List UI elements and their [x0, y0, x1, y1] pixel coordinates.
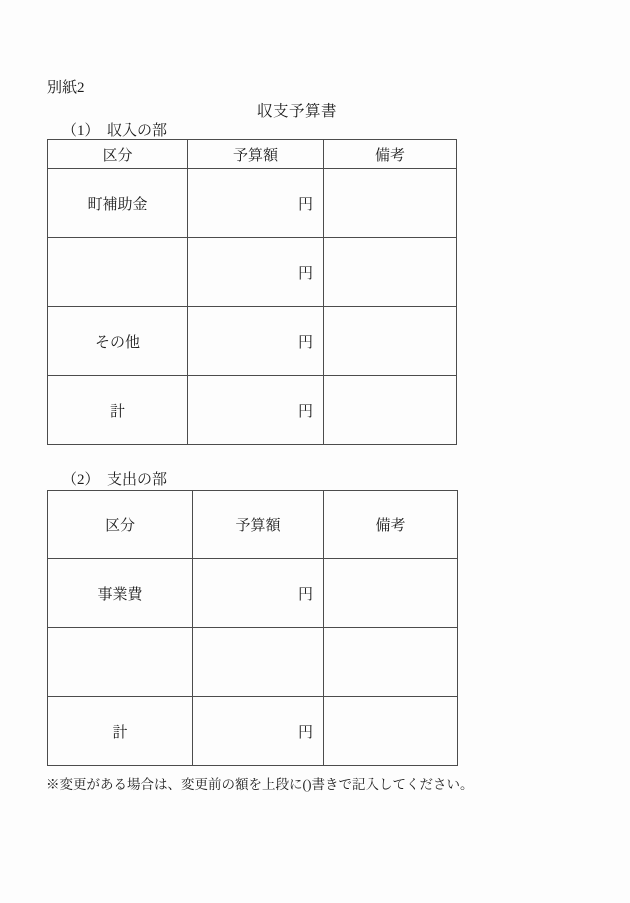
column-header-budget-amount: 予算額: [193, 491, 324, 559]
amount-cell: 円: [193, 559, 324, 628]
income-table-header-row: 区分 予算額 備考: [48, 140, 457, 169]
remarks-cell: [324, 697, 458, 766]
amount-cell: 円: [188, 376, 324, 445]
amount-cell: [193, 628, 324, 697]
table-row: 円: [48, 238, 457, 307]
remarks-cell: [324, 169, 457, 238]
amount-cell: 円: [188, 307, 324, 376]
table-row: 計 円: [48, 376, 457, 445]
table-row: [48, 628, 458, 697]
remarks-cell: [324, 628, 458, 697]
income-section-heading: （1） 収入の部: [62, 119, 167, 140]
table-row: 事業費 円: [48, 559, 458, 628]
amount-cell: 円: [188, 169, 324, 238]
column-header-category: 区分: [48, 491, 193, 559]
category-cell: [48, 628, 193, 697]
expense-table: 区分 予算額 備考 事業費 円 計 円: [47, 490, 458, 766]
remarks-cell: [324, 238, 457, 307]
amount-cell: 円: [188, 238, 324, 307]
change-instruction-note: ※変更がある場合は、変更前の額を上段に()書きで記入してください。: [46, 773, 474, 793]
amount-cell: 円: [193, 697, 324, 766]
column-header-remarks: 備考: [324, 491, 458, 559]
category-cell: 事業費: [48, 559, 193, 628]
remarks-cell: [324, 559, 458, 628]
remarks-cell: [324, 307, 457, 376]
expense-section-heading: （2） 支出の部: [62, 468, 167, 489]
category-cell: 計: [48, 376, 188, 445]
column-header-remarks: 備考: [324, 140, 457, 169]
table-row: その他 円: [48, 307, 457, 376]
category-cell: 計: [48, 697, 193, 766]
table-row: 計 円: [48, 697, 458, 766]
category-cell: [48, 238, 188, 307]
table-row: 町補助金 円: [48, 169, 457, 238]
expense-table-header-row: 区分 予算額 備考: [48, 491, 458, 559]
budget-document-page: 別紙2 収支予算書 （1） 収入の部 区分 予算額 備考 町補助金 円 円: [0, 0, 630, 903]
category-cell: 町補助金: [48, 169, 188, 238]
remarks-cell: [324, 376, 457, 445]
column-header-budget-amount: 予算額: [188, 140, 324, 169]
income-table: 区分 予算額 備考 町補助金 円 円 その他 円 計 円: [47, 139, 457, 445]
column-header-category: 区分: [48, 140, 188, 169]
attachment-label: 別紙2: [47, 76, 85, 97]
document-title: 収支予算書: [257, 99, 337, 121]
category-cell: その他: [48, 307, 188, 376]
